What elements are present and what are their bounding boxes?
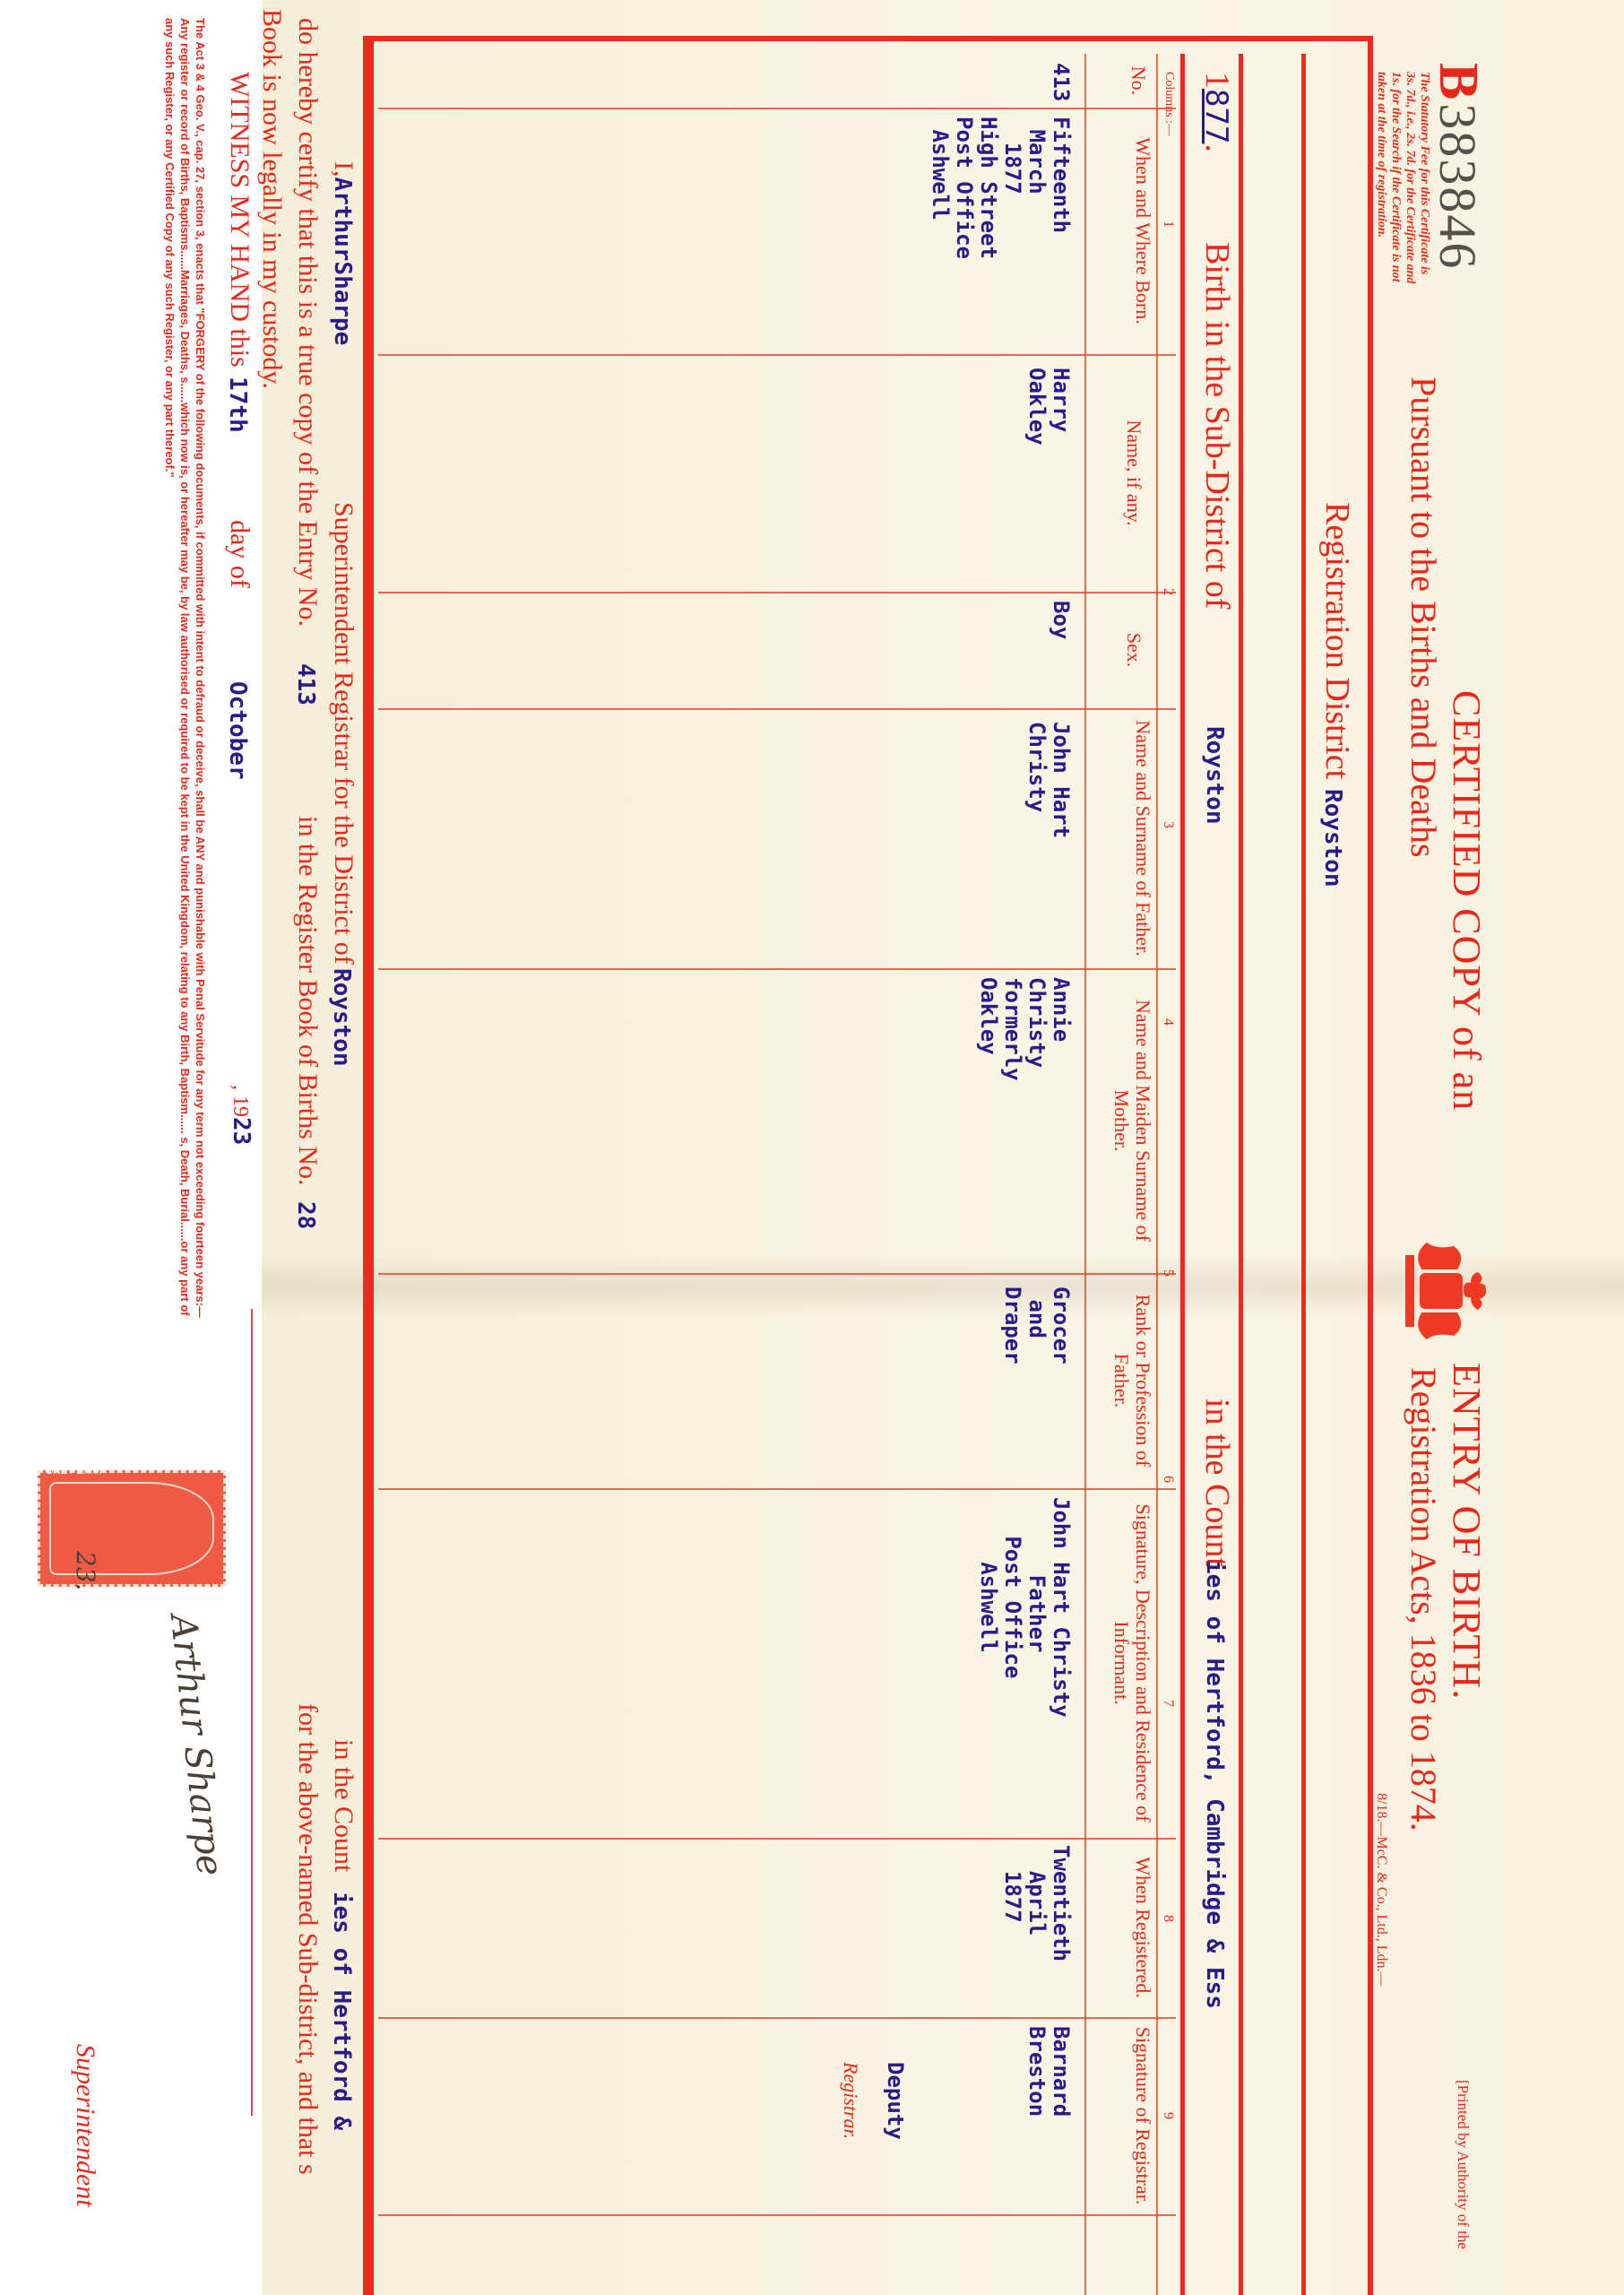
forgery-act-notice: The Act 3 & 4 Geo. V., cap. 27, section … (162, 18, 208, 1327)
cert-line-2a: do hereby certify that this is a true co… (292, 18, 323, 627)
col-header-father: Name and Surname of Father. (1132, 713, 1153, 964)
serial-number: 383846 (1429, 103, 1487, 270)
col-header-when-where: When and Where Born. (1132, 112, 1153, 350)
header-rule-bottom (1084, 54, 1086, 2295)
cert-year-value: 23 (228, 1117, 255, 1145)
printer-imprint: 8/18.—McC. & Co., Ltd., Ldn.— (1373, 1793, 1389, 1987)
year-value: 877 (1198, 89, 1234, 143)
col-header-registrar: Signature of Registrar. (1132, 2022, 1153, 2210)
title-pursuant: Pursuant to the Births and Deaths (1403, 377, 1445, 858)
subdistrict-value: Royston (1201, 726, 1228, 825)
col-num-3: 3 (1160, 807, 1176, 843)
serial-prefix: B (1428, 63, 1489, 100)
entry-when-where-born: Fifteenth March 1877 High Street Post Of… (928, 117, 1073, 259)
col-num-8: 8 (1160, 1901, 1176, 1936)
col-divider (378, 2017, 1176, 2019)
entry-sex: Boy (1049, 601, 1073, 639)
col-num-6: 6 (1160, 1461, 1176, 1497)
header-rule-top (1156, 54, 1158, 2295)
signature-rule (251, 1309, 253, 2116)
col-header-name: Name, if any. (1123, 359, 1145, 587)
entry-informant: John Hart Christy Father Post Office Ash… (976, 1497, 1073, 1718)
cert-county-value: ies of Hertford & (328, 1892, 355, 2130)
cert-i-prefix: I, (329, 161, 358, 178)
registration-district-value: Royston (1319, 789, 1346, 888)
col-num-1: 1 (1160, 206, 1176, 242)
entry-registrar-signature: Barnard Breston (1024, 2026, 1073, 2117)
col-num-7: 7 (1160, 1685, 1176, 1721)
col-divider (378, 354, 1176, 356)
royal-crest-icon (1391, 1237, 1490, 1345)
entry-profession: Grocer and Draper (1000, 1286, 1073, 1364)
col-divider (378, 2214, 1176, 2216)
cert-line-2b: in the Register Book of Births No. (292, 816, 323, 1185)
entry-no: 413 (1049, 63, 1073, 101)
cert-district: Royston (328, 968, 355, 1067)
col-divider (378, 108, 1176, 109)
one-penny-stamp-icon: ONE PENNY (38, 1470, 226, 1587)
col-divider (378, 1838, 1176, 1840)
cert-registrar-name: ArthurSharpe (329, 178, 356, 346)
birth-in-subdistrict-label: Birth in the Sub-District of (1197, 242, 1237, 610)
district-rule-top (1301, 54, 1306, 2295)
col-divider (378, 1488, 1176, 1490)
printed-by-authority: [Printed by Authority of the (1454, 2080, 1472, 2249)
title-registration-acts: Registration Acts, 1836 to 1874. (1403, 1367, 1445, 1832)
col-divider (378, 1273, 1176, 1275)
cert-role: Superintendent Registrar for the Distric… (328, 502, 358, 965)
cert-line-2c: for the above-named Sub-district, and th… (292, 1703, 323, 2175)
col-num-4: 4 (1160, 1004, 1176, 1040)
cert-entry-no: 413 (292, 663, 319, 706)
cert-county-text: in the Count (328, 1739, 358, 1872)
district-rule-bottom (1239, 54, 1243, 2295)
cert-year-prefix: , 19 (229, 1085, 252, 1117)
title-entry-of-birth: ENTRY OF BIRTH. (1444, 1363, 1490, 1700)
col-header-informant: Signature, Description and Residence of … (1110, 1493, 1153, 1833)
cert-book-no: 28 (292, 1201, 319, 1229)
col-header-mother: Name and Maiden Surname of Mother. (1110, 973, 1153, 1269)
entry-child-name: Harry Oakley (1024, 368, 1073, 446)
cert-month: October (224, 681, 251, 780)
col-num-9: 9 (1160, 2098, 1176, 2134)
statutory-fee-note: The Statutory Fee for this Certificate i… (1374, 72, 1431, 287)
cert-day-of: day of (224, 520, 255, 588)
registration-district-label: Registration District (1317, 502, 1357, 779)
county-value: ies of Hertford, Cambridge & Ess (1201, 1560, 1228, 2009)
entry-when-registered: Twentieth April 1877 (1000, 1845, 1073, 1962)
col-divider (378, 592, 1176, 593)
col-divider (378, 968, 1176, 970)
col-header-sex: Sex. (1123, 596, 1145, 704)
entry-registrar-title: Deputy (883, 2062, 907, 2140)
entry-father: John Hart Christy (1024, 722, 1073, 838)
serial-block: B 383846 (1426, 63, 1490, 270)
superintendent-title: Superintendent (70, 2044, 100, 2207)
entry-mother: Annie Christy formerly Oakley (976, 977, 1073, 1081)
columns-label: Columns :— (1162, 72, 1176, 136)
year-prefix: 1 (1198, 72, 1236, 89)
signature-date: 23. (71, 1551, 100, 1591)
certificate-document: 8/18.—McC. & Co., Ltd., Ldn.— B 383846 T… (0, 0, 1624, 2295)
cert-day: 17th (224, 377, 251, 433)
cert-line-3: Book is now legally in my custody. (256, 9, 287, 389)
entry-registrar-suffix: Registrar. (839, 2062, 862, 2139)
col-header-profession: Rank or Profession of Father. (1110, 1277, 1153, 1484)
frame-bottom-rule (368, 36, 374, 2295)
title-certified-copy: CERTIFIED COPY of an (1444, 690, 1490, 1111)
col-header-no: No. (1127, 54, 1149, 108)
cert-witness-label: WITNESS MY HAND this (224, 72, 255, 368)
county-label: in the Count (1197, 1399, 1237, 1567)
registrar-signature: Arthur Sharpe (162, 1612, 230, 1877)
subdistrict-rule (1180, 54, 1185, 2295)
col-divider (378, 708, 1176, 710)
stamp-label: ONE PENNY (46, 1466, 104, 1477)
col-header-registered: When Registered. (1132, 1842, 1153, 2013)
